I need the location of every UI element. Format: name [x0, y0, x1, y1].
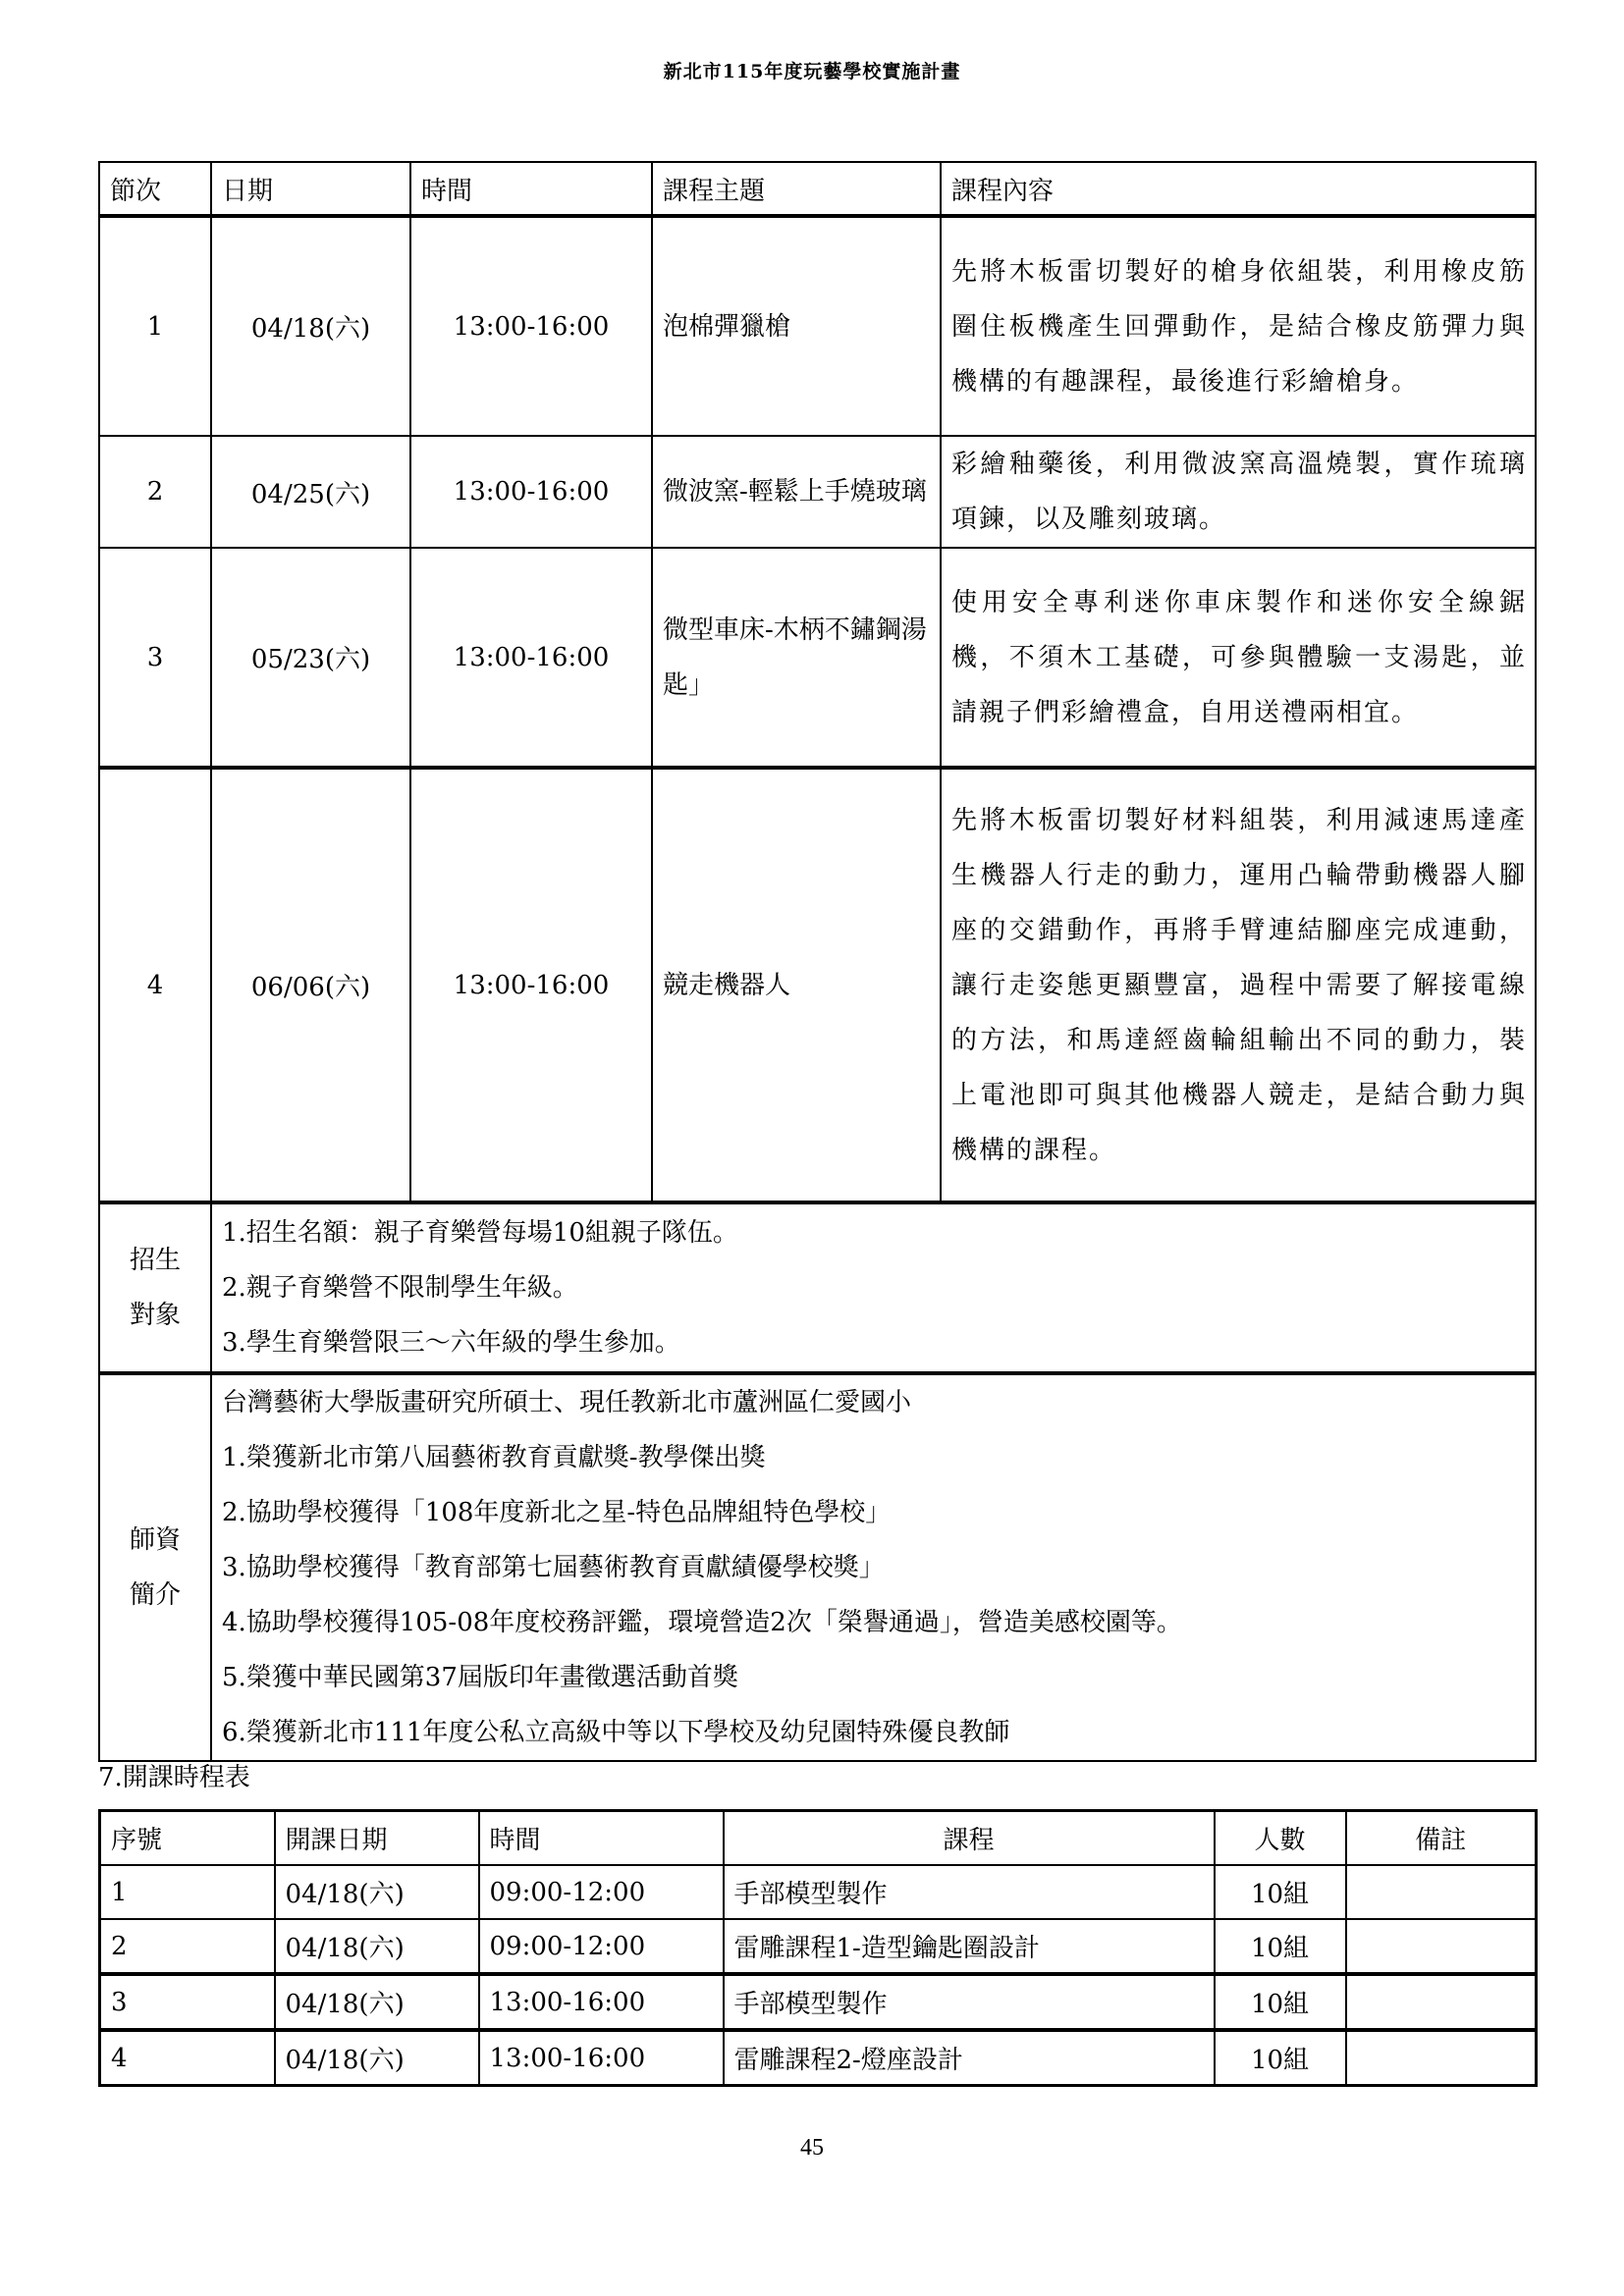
schedule-count: 10組: [1215, 1974, 1346, 2030]
col-header-no: 序號: [100, 1811, 275, 1866]
col-header-session: 節次: [99, 162, 211, 216]
session-time: 13:00-16:00: [410, 768, 652, 1202]
table-row: 3 05/23(六) 13:00-16:00 微型車床-木柄不鏽鋼湯匙」 使用安…: [99, 548, 1536, 768]
col-header-time: 時間: [479, 1811, 724, 1866]
instructor-intro: 台灣藝術大學版畫研究所碩士、現任教新北市蘆洲區仁愛國小: [222, 1375, 1535, 1430]
session-content: 先將木板雷切製好材料組裝，利用減速馬達產生機器人行走的動力，運用凸輪帶動機器人腳…: [941, 768, 1536, 1202]
session-date: 05/23(六): [211, 548, 410, 768]
enrollment-label-line1: 招生: [100, 1233, 210, 1288]
session-number: 4: [99, 768, 211, 1202]
session-number: 1: [99, 216, 211, 436]
session-content: 使用安全專利迷你車床製作和迷你安全線鋸機，不須木工基礎，可參與體驗一支湯匙，並請…: [941, 548, 1536, 768]
schedule-count: 10組: [1215, 2030, 1346, 2086]
instructor-award: 4.協助學校獲得105-08年度校務評鑑，環境營造2次「榮譽通過」，營造美感校園…: [222, 1595, 1535, 1650]
schedule-time: 13:00-16:00: [479, 1974, 724, 2030]
schedule-time: 09:00-12:00: [479, 1865, 724, 1919]
schedule-no: 4: [100, 2030, 275, 2086]
col-header-count: 人數: [1215, 1811, 1346, 1866]
col-header-note: 備註: [1346, 1811, 1537, 1866]
table-row: 3 04/18(六) 13:00-16:00 手部模型製作 10組: [100, 1974, 1537, 2030]
table-row: 2 04/25(六) 13:00-16:00 微波窯-輕鬆上手燒玻璃 彩繪釉藥後…: [99, 436, 1536, 548]
table-row: 1 04/18(六) 13:00-16:00 泡棉彈獵槍 先將木板雷切製好的槍身…: [99, 216, 1536, 436]
instructor-award: 3.協助學校獲得「教育部第七屆藝術教育貢獻績優學校獎」: [222, 1540, 1535, 1595]
course-table: 節次 日期 時間 課程主題 課程內容 1 04/18(六) 13:00-16:0…: [98, 161, 1537, 1762]
schedule-note: [1346, 1865, 1537, 1919]
schedule-table: 序號 開課日期 時間 課程 人數 備註 1 04/18(六) 09:00-12:…: [98, 1809, 1538, 2087]
table-row: 1 04/18(六) 09:00-12:00 手部模型製作 10組: [100, 1865, 1537, 1919]
schedule-note: [1346, 1974, 1537, 2030]
enrollment-item: 1.招生名額：親子育樂營每場10組親子隊伍。: [222, 1205, 1535, 1260]
session-time: 13:00-16:00: [410, 548, 652, 768]
session-topic: 微波窯-輕鬆上手燒玻璃: [652, 436, 941, 548]
enrollment-item: 2.親子育樂營不限制學生年級。: [222, 1260, 1535, 1315]
schedule-course: 手部模型製作: [724, 1974, 1215, 2030]
enrollment-row: 招生 對象 1.招生名額：親子育樂營每場10組親子隊伍。 2.親子育樂營不限制學…: [99, 1202, 1536, 1373]
enrollment-item: 3.學生育樂營限三～六年級的學生參加。: [222, 1315, 1535, 1370]
enrollment-label-line2: 對象: [100, 1288, 210, 1343]
page-number: 45: [0, 2135, 1624, 2162]
schedule-date: 04/18(六): [275, 1919, 479, 1974]
session-date: 04/18(六): [211, 216, 410, 436]
instructor-award: 5.榮獲中華民國第37屆版印年畫徵選活動首獎: [222, 1650, 1535, 1705]
schedule-note: [1346, 2030, 1537, 2086]
schedule-no: 1: [100, 1865, 275, 1919]
session-content: 彩繪釉藥後，利用微波窯高溫燒製，實作琉璃項鍊，以及雕刻玻璃。: [941, 436, 1536, 548]
session-number: 3: [99, 548, 211, 768]
schedule-table-header: 序號 開課日期 時間 課程 人數 備註: [100, 1811, 1537, 1866]
session-topic: 微型車床-木柄不鏽鋼湯匙」: [652, 548, 941, 768]
page-header-title: 新北市115年度玩藝學校實施計畫: [0, 57, 1624, 83]
schedule-course: 雷雕課程2-燈座設計: [724, 2030, 1215, 2086]
enrollment-details: 1.招生名額：親子育樂營每場10組親子隊伍。 2.親子育樂營不限制學生年級。 3…: [211, 1202, 1536, 1373]
schedule-date: 04/18(六): [275, 2030, 479, 2086]
instructor-row: 師資 簡介 台灣藝術大學版畫研究所碩士、現任教新北市蘆洲區仁愛國小 1.榮獲新北…: [99, 1373, 1536, 1761]
session-date: 04/25(六): [211, 436, 410, 548]
col-header-topic: 課程主題: [652, 162, 941, 216]
session-time: 13:00-16:00: [410, 216, 652, 436]
table-row: 4 06/06(六) 13:00-16:00 競走機器人 先將木板雷切製好材料組…: [99, 768, 1536, 1202]
enrollment-label: 招生 對象: [99, 1202, 211, 1373]
schedule-caption: 7.開課時程表: [98, 1757, 250, 1793]
session-topic: 泡棉彈獵槍: [652, 216, 941, 436]
schedule-time: 13:00-16:00: [479, 2030, 724, 2086]
col-header-content: 課程內容: [941, 162, 1536, 216]
instructor-award: 6.榮獲新北市111年度公私立高級中等以下學校及幼兒園特殊優良教師: [222, 1705, 1535, 1760]
schedule-time: 09:00-12:00: [479, 1919, 724, 1974]
col-header-date: 日期: [211, 162, 410, 216]
schedule-count: 10組: [1215, 1919, 1346, 1974]
table-row: 4 04/18(六) 13:00-16:00 雷雕課程2-燈座設計 10組: [100, 2030, 1537, 2086]
instructor-award: 2.協助學校獲得「108年度新北之星-特色品牌組特色學校」: [222, 1485, 1535, 1540]
col-header-date: 開課日期: [275, 1811, 479, 1866]
session-number: 2: [99, 436, 211, 548]
schedule-no: 3: [100, 1974, 275, 2030]
instructor-details: 台灣藝術大學版畫研究所碩士、現任教新北市蘆洲區仁愛國小 1.榮獲新北市第八屆藝術…: [211, 1373, 1536, 1761]
schedule-count: 10組: [1215, 1865, 1346, 1919]
table-row: 2 04/18(六) 09:00-12:00 雷雕課程1-造型鑰匙圈設計 10組: [100, 1919, 1537, 1974]
instructor-award: 1.榮獲新北市第八屆藝術教育貢獻獎-教學傑出獎: [222, 1430, 1535, 1485]
session-time: 13:00-16:00: [410, 436, 652, 548]
schedule-no: 2: [100, 1919, 275, 1974]
schedule-date: 04/18(六): [275, 1974, 479, 2030]
instructor-label: 師資 簡介: [99, 1373, 211, 1761]
schedule-note: [1346, 1919, 1537, 1974]
col-header-time: 時間: [410, 162, 652, 216]
instructor-label-line1: 師資: [100, 1513, 210, 1568]
session-content: 先將木板雷切製好的槍身依組裝，利用橡皮筋圈住板機產生回彈動作，是結合橡皮筋彈力與…: [941, 216, 1536, 436]
col-header-course: 課程: [724, 1811, 1215, 1866]
schedule-course: 雷雕課程1-造型鑰匙圈設計: [724, 1919, 1215, 1974]
schedule-course: 手部模型製作: [724, 1865, 1215, 1919]
course-table-header: 節次 日期 時間 課程主題 課程內容: [99, 162, 1536, 216]
schedule-date: 04/18(六): [275, 1865, 479, 1919]
session-topic: 競走機器人: [652, 768, 941, 1202]
session-date: 06/06(六): [211, 768, 410, 1202]
instructor-label-line2: 簡介: [100, 1568, 210, 1623]
